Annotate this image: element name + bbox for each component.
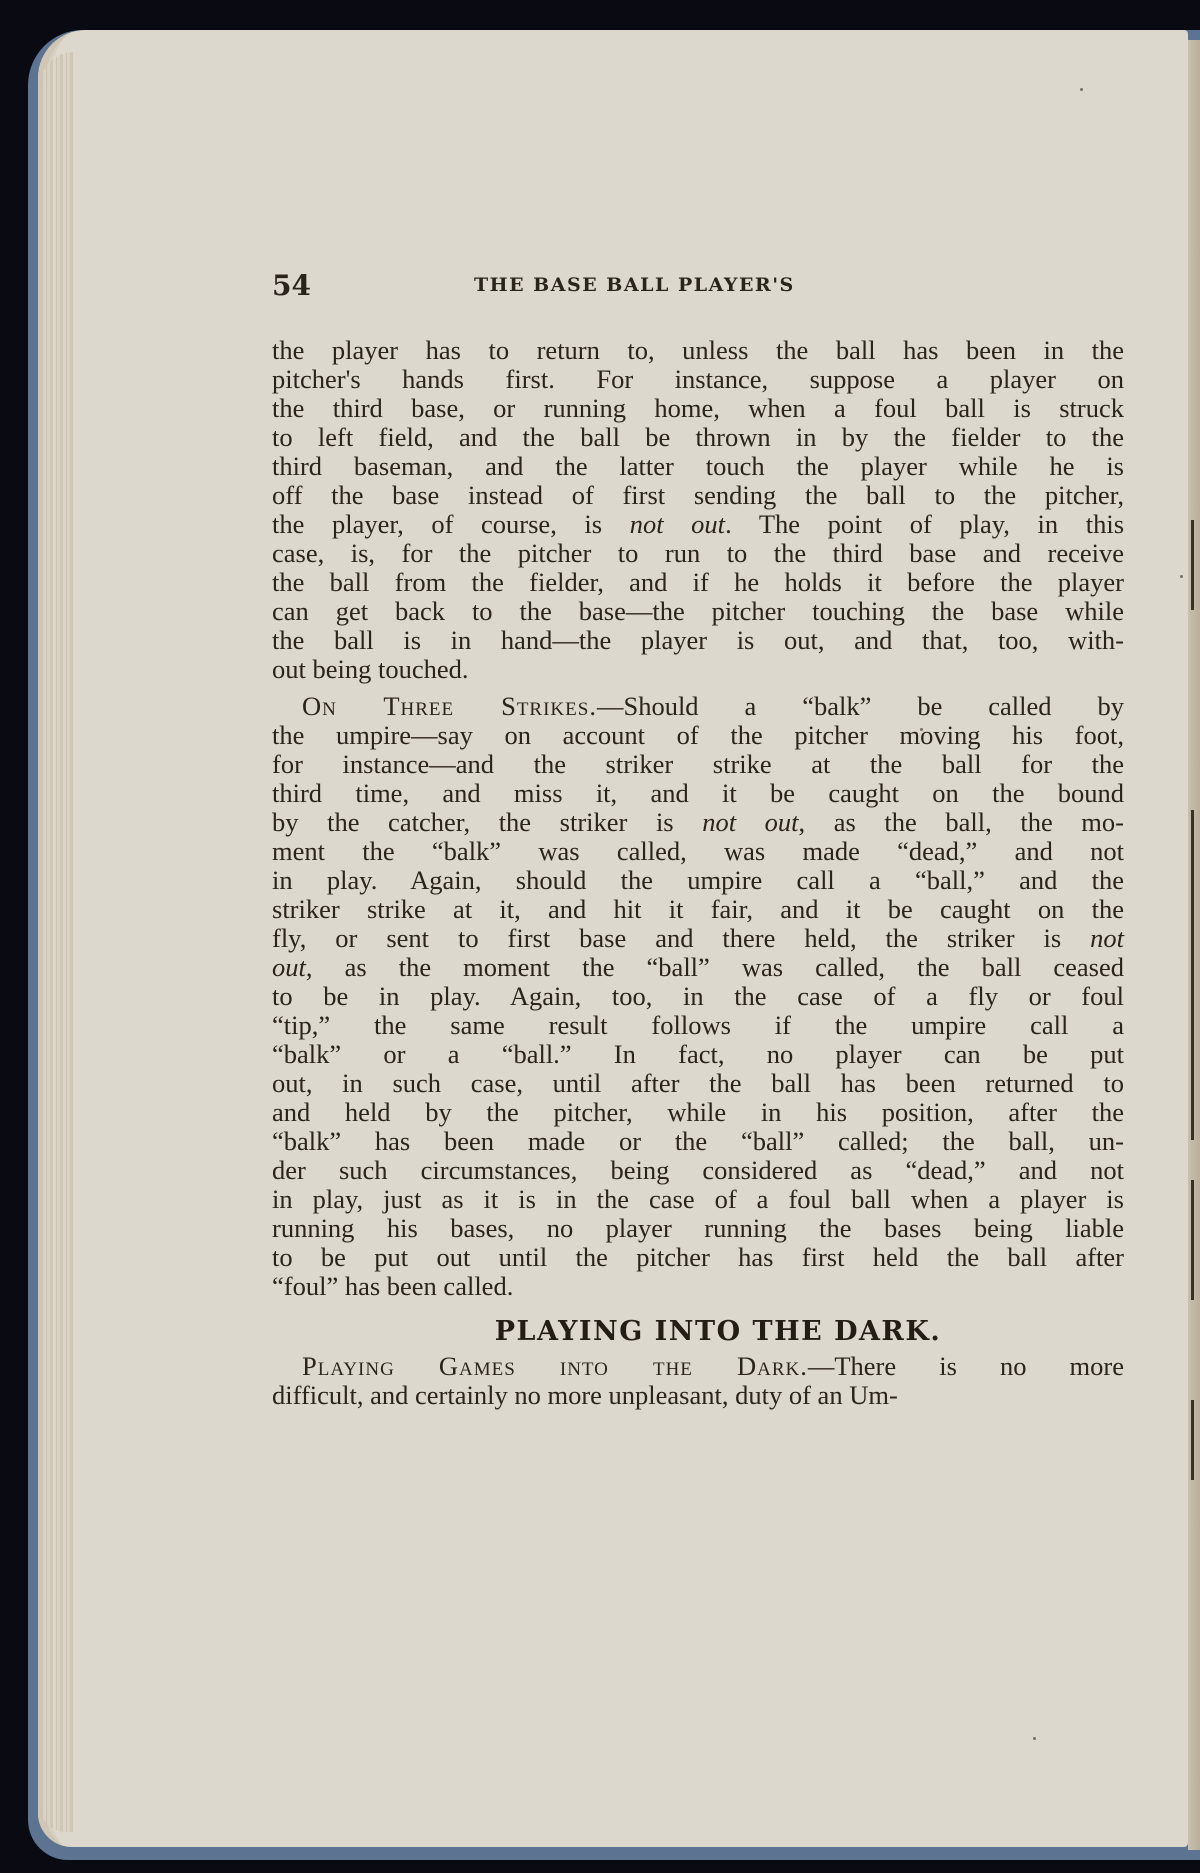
text-line: ment the “balk” was called, was made “de… xyxy=(272,837,1124,866)
run-in-heading: Playing Games into the Dark. xyxy=(302,1351,808,1381)
text-line: fly, or sent to first base and there hel… xyxy=(272,924,1124,953)
text-line: On Three Strikes.—Should a “balk” be cal… xyxy=(272,692,1124,721)
paper-speck xyxy=(1033,1737,1036,1740)
binding-mark xyxy=(1191,520,1194,610)
text-line: off the base instead of first sending th… xyxy=(272,481,1124,510)
text-line: to left field, and the ball be thrown in… xyxy=(272,423,1124,452)
text-line: “foul” has been called. xyxy=(272,1272,1124,1301)
text-line: to be in play. Again, too, in the case o… xyxy=(272,982,1124,1011)
text-line: “tip,” the same result follows if the um… xyxy=(272,1011,1124,1040)
paper-speck xyxy=(1080,88,1083,91)
text-line: pitcher's hands first. For instance, sup… xyxy=(272,365,1124,394)
text-line: to be put out until the pitcher has firs… xyxy=(272,1243,1124,1272)
text-line: “balk” or a “ball.” In fact, no player c… xyxy=(272,1040,1124,1069)
text-line: out, as the moment the “ball” was called… xyxy=(272,953,1124,982)
italic-emphasis: not out xyxy=(630,509,725,539)
running-head: THE BASE BALL PLAYER'S xyxy=(474,274,795,296)
paragraph-playing-into-the-dark: Playing Games into the Dark.—There is no… xyxy=(272,1352,1124,1410)
text-line: difficult, and certainly no more unpleas… xyxy=(272,1381,1124,1410)
page-edge-right xyxy=(1188,40,1200,1850)
italic-emphasis: out xyxy=(272,952,306,982)
text-line: “balk” has been made or the “ball” calle… xyxy=(272,1127,1124,1156)
text-line: third baseman, and the latter touch the … xyxy=(272,452,1124,481)
text-line: the ball from the fielder, and if he hol… xyxy=(272,568,1124,597)
text-line: out being touched. xyxy=(272,655,1124,684)
run-in-heading: On Three Strikes. xyxy=(302,691,597,721)
text-line: the player, of course, is not out. The p… xyxy=(272,510,1124,539)
binding-mark xyxy=(1191,810,1194,1140)
italic-emphasis: not xyxy=(1090,923,1124,953)
paper-speck xyxy=(1180,575,1183,578)
text-line: case, is, for the pitcher to run to the … xyxy=(272,539,1124,568)
text-line: Playing Games into the Dark.—There is no… xyxy=(272,1352,1124,1381)
text-line: the ball is in hand—the player is out, a… xyxy=(272,626,1124,655)
paragraph-1: the player has to return to, unless the … xyxy=(272,336,1124,684)
binding-mark xyxy=(1191,1180,1194,1300)
page-header: 54 THE BASE BALL PLAYER'S xyxy=(272,265,1152,305)
text-line: can get back to the base—the pitcher tou… xyxy=(272,597,1124,626)
text-line: in play, just as it is in the case of a … xyxy=(272,1185,1124,1214)
section-heading: PLAYING INTO THE DARK. xyxy=(312,1317,1124,1346)
text-line: in play. Again, should the umpire call a… xyxy=(272,866,1124,895)
text-line: out, in such case, until after the ball … xyxy=(272,1069,1124,1098)
text-line: der such circumstances, being considered… xyxy=(272,1156,1124,1185)
text-line: third time, and miss it, and it be caugh… xyxy=(272,779,1124,808)
text-line: and held by the pitcher, while in his po… xyxy=(272,1098,1124,1127)
text-line: by the catcher, the striker is not out, … xyxy=(272,808,1124,837)
text-line: running his bases, no player running the… xyxy=(272,1214,1124,1243)
text-line: for instance—and the striker strike at t… xyxy=(272,750,1124,779)
italic-emphasis: not out xyxy=(702,807,798,837)
page-number: 54 xyxy=(272,269,392,302)
text-line: the third base, or running home, when a … xyxy=(272,394,1124,423)
text-line: striker strike at it, and hit it fair, a… xyxy=(272,895,1124,924)
page-edges-left xyxy=(40,52,74,1832)
text-line: the player has to return to, unless the … xyxy=(272,336,1124,365)
page-body: the player has to return to, unless the … xyxy=(272,336,1124,1410)
binding-mark xyxy=(1191,1400,1194,1480)
text-line: the umpire—say on account of the pitcher… xyxy=(272,721,1124,750)
paragraph-on-three-strikes: On Three Strikes.—Should a “balk” be cal… xyxy=(272,692,1124,1301)
